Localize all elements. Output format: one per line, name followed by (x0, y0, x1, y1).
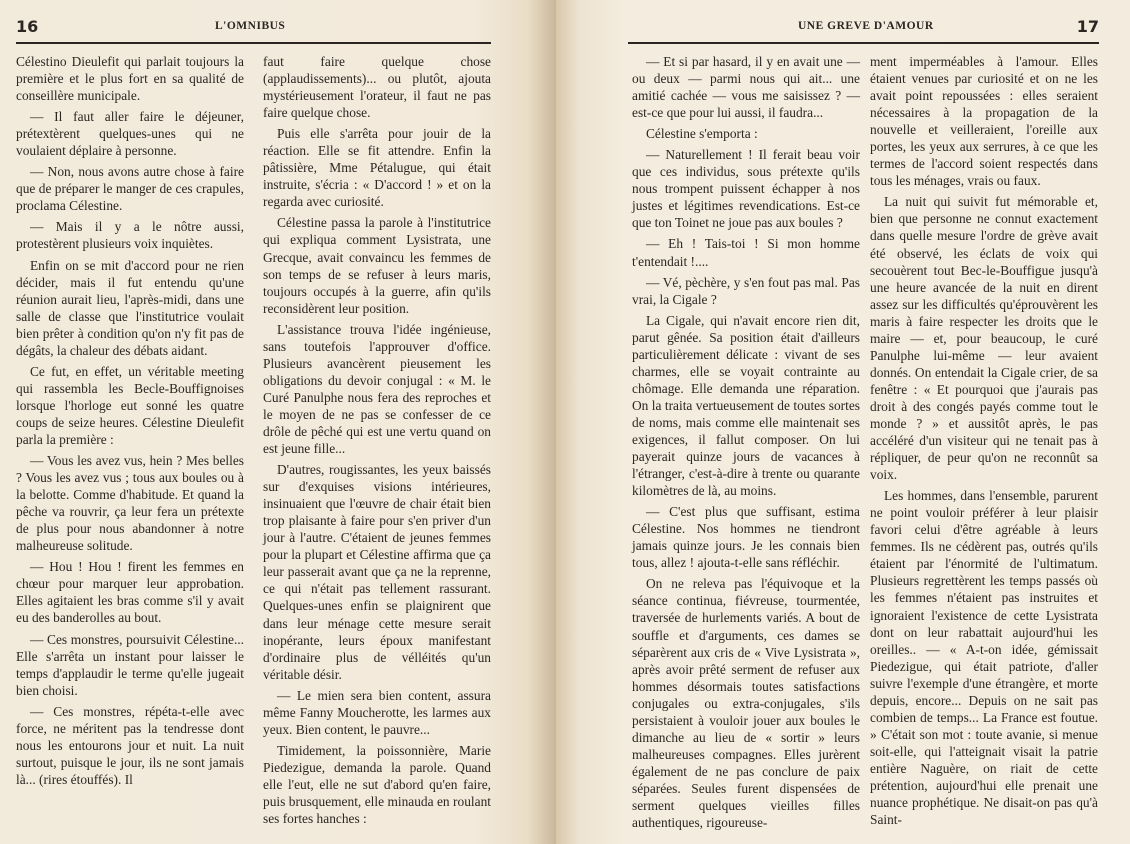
header-rule (16, 42, 491, 44)
book-spread: 16 L'OMNIBUS Célestino Dieulefit qui par… (0, 0, 1130, 844)
paragraph: — Mais il y a le nôtre aussi, protestère… (16, 218, 244, 252)
paragraph: La Cigale, qui n'avait encore rien dit, … (632, 312, 860, 500)
paragraph: — Naturellement ! Il ferait beau voir qu… (632, 146, 860, 231)
paragraph: Célestine s'emporta : (632, 125, 860, 142)
paragraph: — Le mien sera bien content, assura même… (263, 687, 491, 738)
paragraph: faut faire quelque chose (applaudissemen… (263, 53, 491, 121)
paragraph: — Eh ! Tais-toi ! Si mon homme t'entenda… (632, 235, 860, 269)
paragraph: Célestino Dieulefit qui parlait toujours… (16, 53, 244, 104)
paragraph: — C'est plus que suffisant, estima Céles… (632, 503, 860, 571)
right-page-header: UNE GREVE D'AMOUR 17 (628, 17, 1099, 39)
left-page: 16 L'OMNIBUS Célestino Dieulefit qui par… (0, 0, 556, 844)
paragraph: — Non, nous avons autre chose à faire qu… (16, 163, 244, 214)
paragraph: — Hou ! Hou ! firent les femmes en chœur… (16, 558, 244, 626)
paragraph: Enfin on se mit d'accord pour ne rien dé… (16, 257, 244, 359)
text-column-2: ment imperméables à l'amour. Elles étaie… (870, 53, 1098, 832)
paragraph: Les hommes, dans l'ensemble, parurent ne… (870, 487, 1098, 828)
header-rule (628, 42, 1099, 44)
paragraph: Timidement, la poissonnière, Marie Piede… (263, 742, 491, 827)
paragraph: — Vé, pèchère, y s'en fout pas mal. Pas … (632, 274, 860, 308)
paragraph: Célestine passa la parole à l'institutri… (263, 214, 491, 316)
paragraph: L'assistance trouva l'idée ingénieuse, s… (263, 321, 491, 457)
page-number: 17 (1077, 17, 1099, 36)
paragraph: — Ces monstres, répéta-t-elle avec force… (16, 703, 244, 788)
left-page-header: 16 L'OMNIBUS (16, 17, 491, 39)
paragraph: — Ces monstres, poursuivit Célestine... … (16, 631, 244, 699)
paragraph: — Il faut aller faire le déjeuner, préte… (16, 108, 244, 159)
right-page: UNE GREVE D'AMOUR 17 — Et si par hasard,… (556, 0, 1130, 844)
paragraph: — Et si par hasard, il y en avait une — … (632, 53, 860, 121)
page-number: 16 (16, 17, 38, 36)
paragraph: Ce fut, en effet, un véritable meeting q… (16, 363, 244, 448)
paragraph: On ne releva pas l'équivoque et la séanc… (632, 575, 860, 831)
paragraph: — Vous les avez vus, hein ? Mes belles ?… (16, 452, 244, 554)
running-head: L'OMNIBUS (215, 20, 285, 32)
running-head: UNE GREVE D'AMOUR (798, 20, 934, 32)
paragraph: Puis elle s'arrêta pour jouir de la réac… (263, 125, 491, 210)
paragraph: La nuit qui suivit fut mémorable et, bie… (870, 193, 1098, 483)
text-column-2: faut faire quelque chose (applaudissemen… (263, 53, 491, 831)
text-column-1: Célestino Dieulefit qui parlait toujours… (16, 53, 244, 792)
text-column-1: — Et si par hasard, il y en avait une — … (632, 53, 860, 835)
paragraph: ment imperméables à l'amour. Elles étaie… (870, 53, 1098, 189)
paragraph: D'autres, rougissantes, les yeux baissés… (263, 461, 491, 683)
